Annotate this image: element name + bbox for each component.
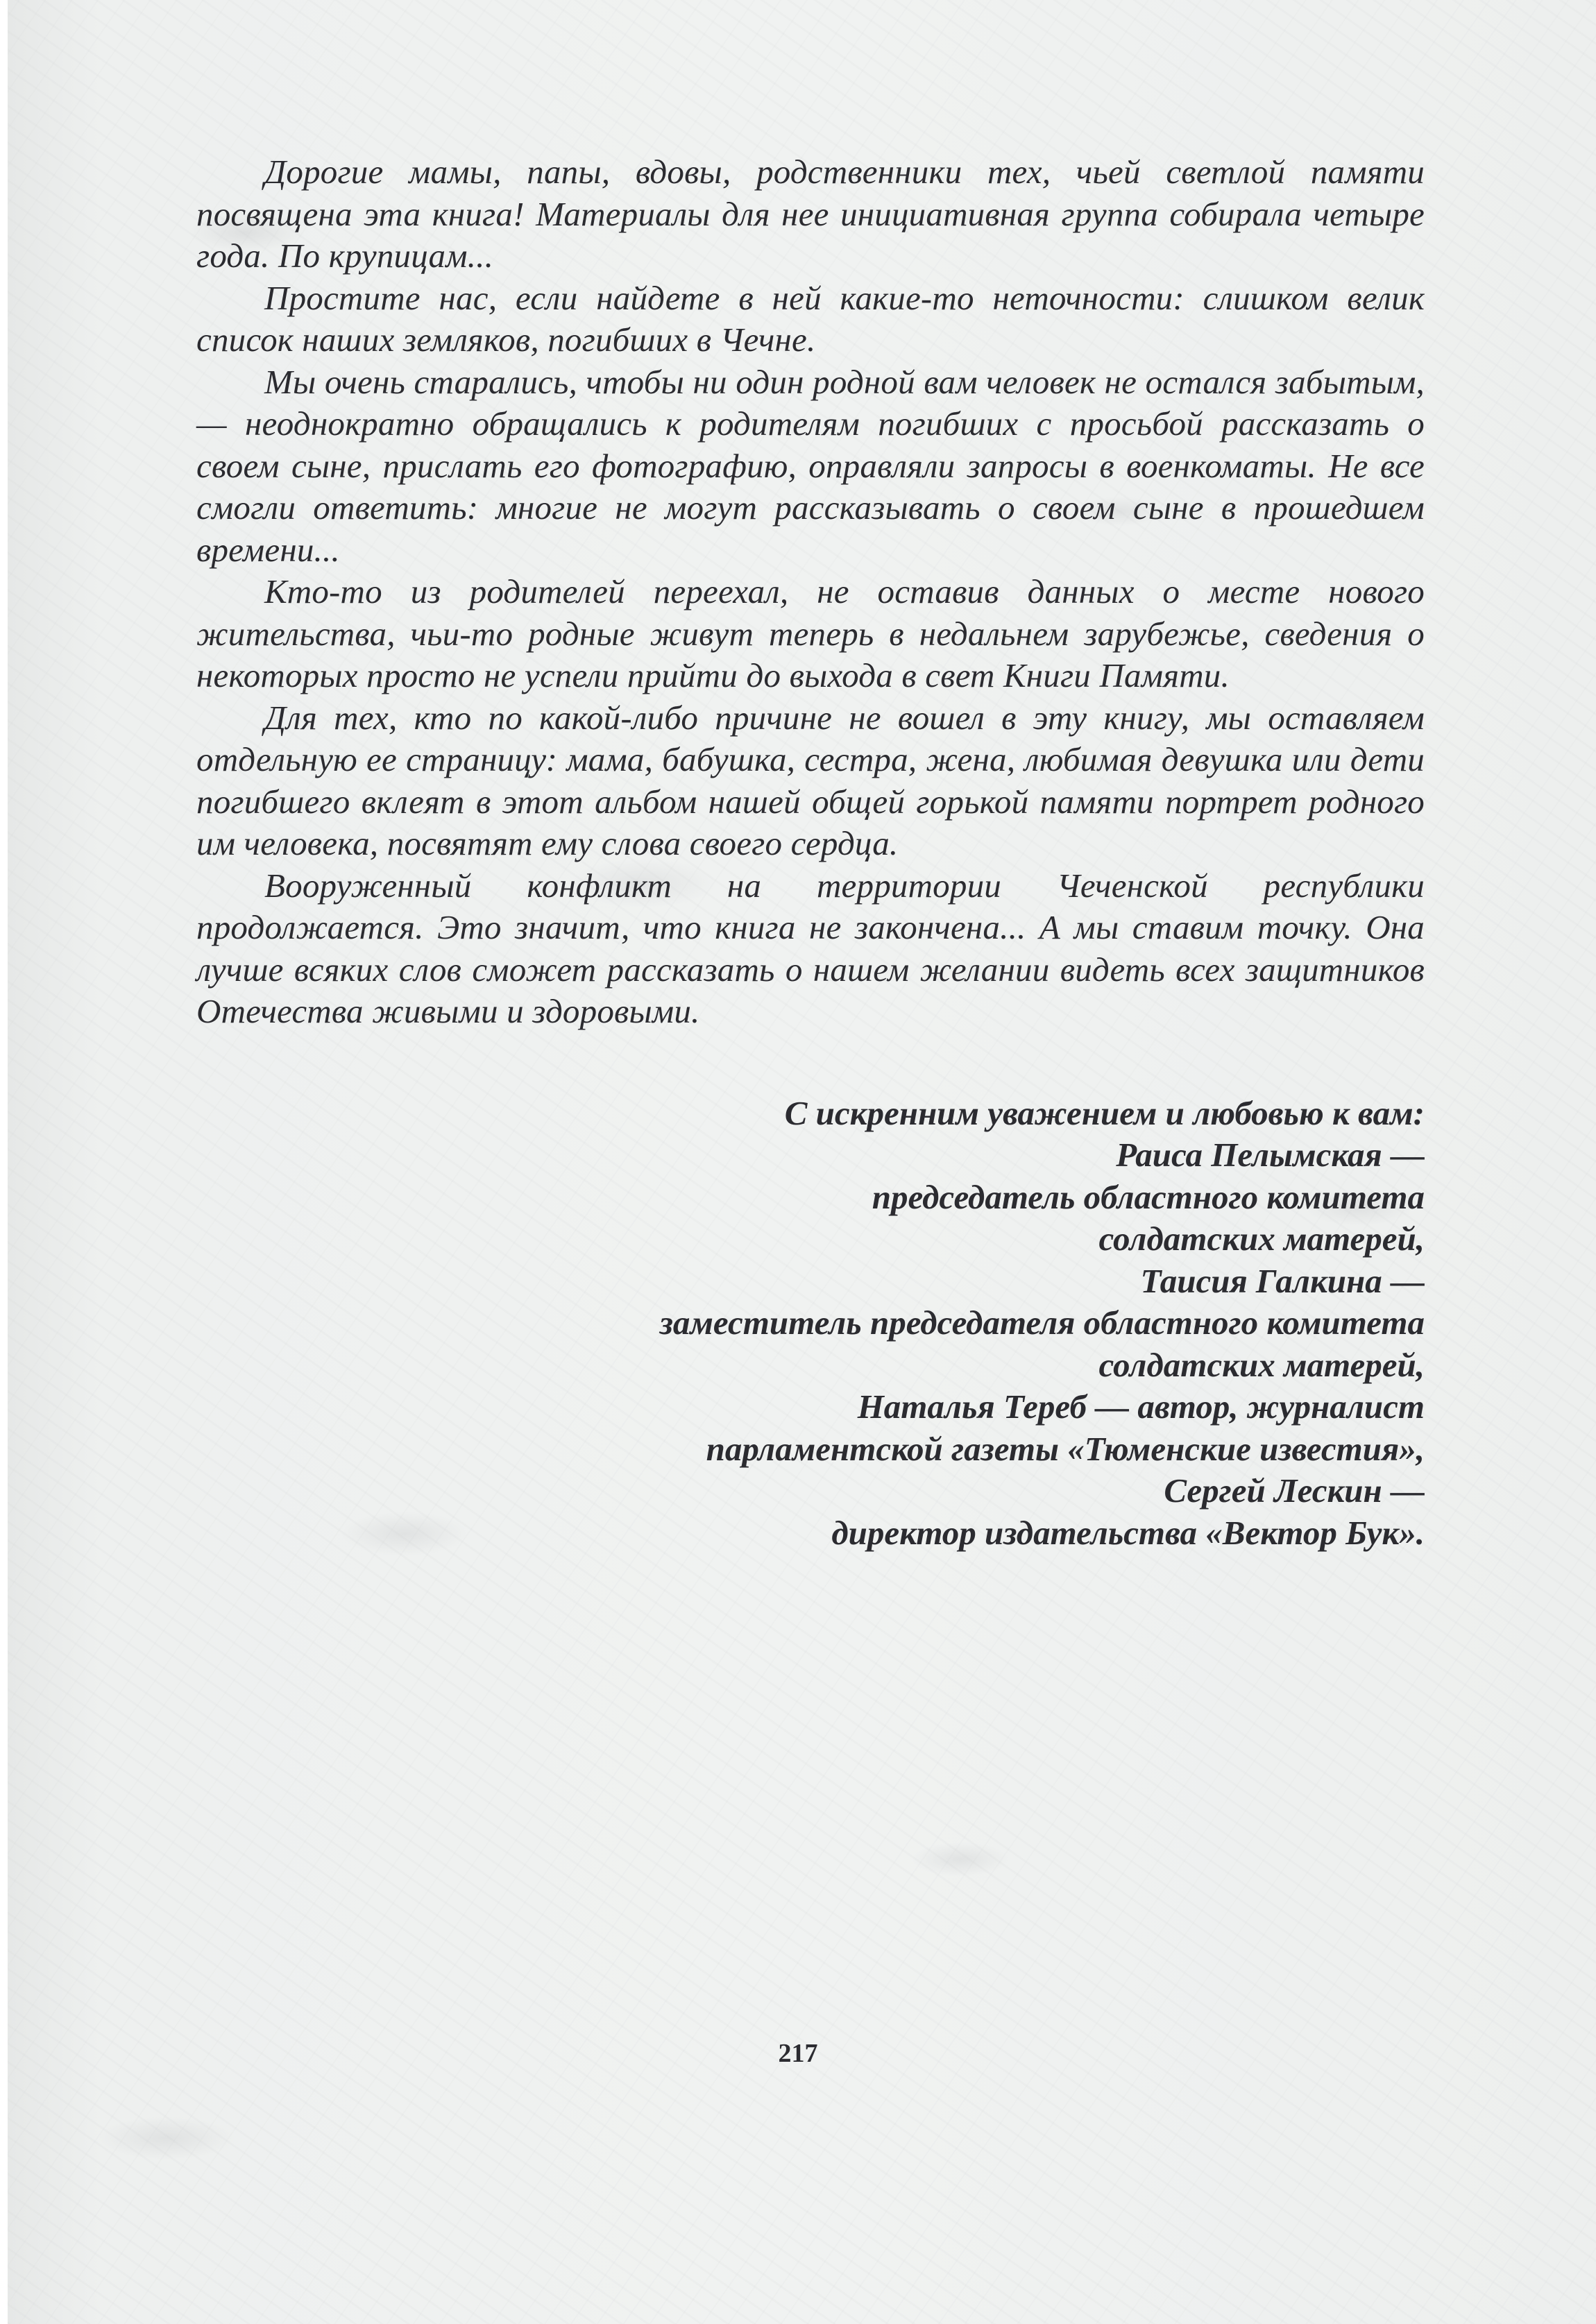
signatory-name: Наталья Тереб — автор, журналист: [196, 1386, 1425, 1428]
signatory-name: Сергей Лескин —: [196, 1470, 1425, 1512]
closing-line: С искренним уважением и любовью к вам:: [196, 1093, 1425, 1135]
signatory-name: Таисия Галкина —: [196, 1261, 1425, 1303]
signature-block: С искренним уважением и любовью к вам: Р…: [196, 1093, 1425, 1555]
signatory-title: директор издательства «Вектор Бук».: [196, 1512, 1425, 1555]
page-number: 217: [0, 2038, 1596, 2069]
paragraph: Дорогие мамы, папы, вдовы, родственники …: [196, 151, 1425, 277]
signatory-name: Раиса Пелымская —: [196, 1134, 1425, 1177]
paragraph: Мы очень старались, чтобы ни один родной…: [196, 361, 1425, 572]
signatory-title: солдатских матерей,: [196, 1344, 1425, 1387]
signatory-title: парламентской газеты «Тюменские известия…: [196, 1428, 1425, 1471]
page-edge: [0, 0, 8, 2324]
paragraph: Простите нас, если найдете в ней какие-т…: [196, 277, 1425, 361]
paragraph: Кто-то из родителей переехал, не оставив…: [196, 571, 1425, 697]
signatory-title: председатель областного комитета: [196, 1177, 1425, 1219]
signatory-title: заместитель председателя областного коми…: [196, 1302, 1425, 1344]
body-text: Дорогие мамы, папы, вдовы, родственники …: [196, 151, 1425, 1033]
signatory-title: солдатских матерей,: [196, 1218, 1425, 1261]
paragraph: Вооруженный конфликт на территории Чечен…: [196, 865, 1425, 1033]
paragraph: Для тех, кто по какой-либо причине не во…: [196, 697, 1425, 865]
book-page: Дорогие мамы, папы, вдовы, родственники …: [196, 151, 1425, 1554]
